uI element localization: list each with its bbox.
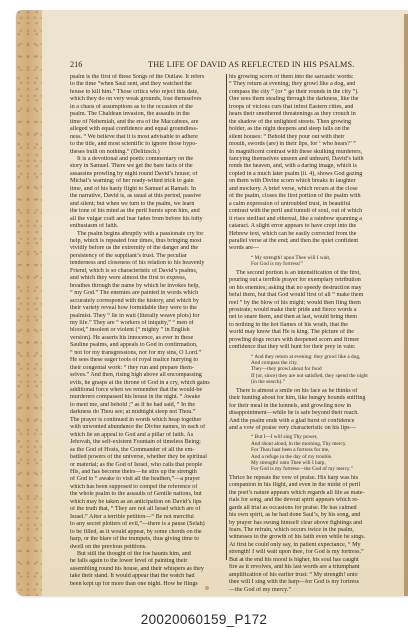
text-line: for their meal in the kennels, and growl…	[229, 403, 408, 410]
text-line: companion in his flight, and even in the…	[229, 482, 408, 489]
text-line: Jehovah, the self-existent Fountain of t…	[70, 439, 227, 446]
text-line: and mockery. A brief verse, which recurs…	[229, 186, 408, 193]
text-line: troops of vicious curs that infest Easte…	[229, 104, 408, 111]
text-line: prowling dogs recurs with deepened scorn…	[229, 337, 408, 344]
text-line: help, which is repeated four times, thus…	[70, 238, 227, 245]
text-line: psalm. The Chaldean invasion, the assaul…	[70, 111, 227, 118]
running-title: THE LIFE OF DAVID AS REFLECTED IN HIS PS…	[148, 60, 355, 69]
text-line: darkness do Thou see; at midnight sleep …	[70, 409, 227, 416]
text-line: on them with Divine scorn which breaks i…	[229, 178, 408, 185]
page-gutter-edge	[16, 10, 42, 596]
text-line: all the vulgar craft and fear fades from…	[70, 216, 227, 223]
text-line: he falls again to the lower level of pai…	[70, 558, 227, 565]
text-line: bolder, as the night deepens and sleep f…	[229, 126, 408, 133]
text-line: pouring out a terrible prayer for exempl…	[229, 277, 408, 284]
text-line: persistency of the suppliant’s trust. Th…	[70, 253, 227, 260]
text-line: of God to “ awake to visit all the heath…	[70, 476, 227, 483]
text-line: copied in a much later psalm (ii. 4), sh…	[229, 171, 408, 178]
text-line: the shadow of the unlighted streets. The…	[229, 119, 408, 126]
text-line: He sees these eager tools of royal malic…	[70, 357, 227, 364]
text-line: of the psalm, closes the first portion o…	[229, 193, 408, 200]
text-line: fancying themselves unseen and unheard, …	[229, 156, 408, 163]
text-line: version). He asserts his innocence, as e…	[70, 335, 227, 342]
text-line: —the God of my mercy.”	[229, 587, 408, 594]
text-line: blood,” insolent or violent (“ mighty ” …	[70, 327, 227, 334]
text-line: And the psalm ends with a glad burst of …	[229, 418, 408, 425]
text-line: selves.” And then, rising high above all…	[70, 372, 227, 379]
text-line: assembling round his house, and their wh…	[70, 566, 227, 573]
text-line: “ not for my transgressions, nor for my …	[70, 350, 227, 357]
text-line: witnesses to the growth of his faith eve…	[229, 534, 408, 541]
column-divider	[226, 74, 227, 560]
text-line: and a vow of praise very characteristic …	[229, 425, 408, 432]
text-line: fears. The refrain, which occurs twice i…	[229, 527, 408, 534]
text-line: words are—	[229, 245, 408, 252]
text-line: to any secret plotters of evil,”—there i…	[70, 521, 227, 528]
text-line: His, and has become theirs—he stirs up t…	[70, 469, 227, 476]
text-line: story in Samuel. There we get the bare f…	[70, 163, 227, 170]
text-line: with unwonted abundance the Divine names…	[70, 424, 227, 431]
text-line: which has been supposed to compel the re…	[70, 484, 227, 491]
text-line: Friend, which is so characteristic of Da…	[70, 268, 227, 275]
text-line: alleged with equal confidence and equal …	[70, 126, 227, 133]
text-line: But at the end his mood is higher, his s…	[229, 557, 408, 564]
text-line: psalmist. They “ lie in wait (literally …	[70, 313, 227, 320]
text-line: or material; as the God of Israel, who c…	[70, 462, 227, 469]
text-line: prostrate; would make their pride and fi…	[229, 307, 408, 314]
text-line: amplification of his earlier trust: “ My…	[229, 572, 408, 579]
text-line: There is almost a smile on his face as h…	[229, 388, 408, 395]
text-line: dwell on the previous petitions.	[70, 544, 227, 551]
text-line: my life.” They are “ workers of iniquity…	[70, 320, 227, 327]
text-line: by prayer has swung himself clear above …	[229, 520, 408, 527]
text-line: as the God of Hosts, the Commander of al…	[70, 447, 227, 454]
text-line: breathes through the name by which he in…	[70, 283, 227, 290]
text-line: Michal’s warning; of her ready-witted tr…	[70, 178, 227, 185]
text-line: his own spirit, as he had done Saul’s, b…	[229, 512, 408, 519]
text-line: gards all trial as occasions for praise.…	[229, 505, 408, 512]
text-line: to be filled, as it would appear, by som…	[70, 529, 227, 536]
page-header: 216 THE LIFE OF DAVID AS REFLECTED IN HI…	[70, 60, 400, 72]
text-line: additional force when we remember that t…	[70, 387, 227, 394]
text-line: and silent; but when we turn to the psal…	[70, 201, 227, 208]
text-line: which lie an appeal to God and a pillar …	[70, 432, 227, 439]
text-line: house to kill him.” Those critics who re…	[70, 89, 227, 96]
text-line: confidence that they will hunt for their…	[229, 344, 408, 351]
text-line: enthusiasm of faith.	[70, 223, 227, 230]
text-line: Thrice he repeats the vow of praise. His…	[229, 475, 408, 482]
text-line: It is a devotional and poetic commentary…	[70, 156, 227, 163]
text-line: the narrative, David is, as usual at thi…	[70, 193, 227, 200]
text-line: the poet’s nature appears which regards …	[229, 490, 408, 497]
text-line: thee will I sing with the harp—for God i…	[229, 579, 408, 586]
page-number: 216	[70, 60, 82, 69]
text-line: to the title, and most scientific to ign…	[70, 141, 227, 148]
text-line: the whole psalm to the assaults of Genti…	[70, 491, 227, 498]
text-line: Sauline psalms, and appeals to God in co…	[70, 342, 227, 349]
text-line: take their stand. It would appear that t…	[70, 573, 227, 580]
text-line: Hebrew text, which can be easily correct…	[229, 231, 408, 238]
text-line: on his enemies; asking that no speedy de…	[229, 285, 408, 292]
text-line: in a chaos of assumptions as to the occa…	[70, 104, 227, 111]
text-line: vividly before us the extremity of the d…	[70, 245, 227, 252]
right-text-column: his growing scorn of them into the sarca…	[229, 74, 408, 594]
text-line: to nothing in the hot flames of his wrat…	[229, 322, 408, 329]
text-line: battled powers of the universe, whether …	[70, 454, 227, 461]
text-line: contrast with the peril and tumult of so…	[229, 208, 408, 215]
text-line: rials for song, and the devout spirit ap…	[229, 497, 408, 504]
text-line: The prayer is continued in words which h…	[70, 417, 227, 424]
text-line: befal them, but that God would first of …	[229, 292, 408, 299]
text-line: accurately correspond with the history, …	[70, 298, 227, 305]
text-line: strength! I will wait upon thee, for God…	[229, 549, 408, 556]
text-line: world may know that He is king. The pict…	[229, 329, 408, 336]
text-line: time, and of his hasty flight to Samuel …	[70, 186, 227, 193]
text-line: mouth, swords (are) in their lips, for ‘…	[229, 141, 408, 148]
text-line: their hunting about for him, like hungry…	[229, 395, 408, 402]
text-line: “ my God.” The enemies are painted in wo…	[70, 290, 227, 297]
text-line: of the truth that, “ They are not all Is…	[70, 506, 227, 513]
text-line: But still the thought of the foe haunts …	[70, 551, 227, 558]
text-line: their congenial work: “ they run and pre…	[70, 365, 227, 372]
text-line: his growing scorn of them into the sarca…	[229, 74, 408, 81]
text-line: time of Nehemiah, and the era of the Mac…	[70, 119, 227, 126]
text-line: it rises stedfast and ethereal, like a r…	[229, 216, 408, 223]
text-line: which may be taken as an anticipation on…	[70, 499, 227, 506]
text-line: disappointment—while he is safe beyond t…	[229, 410, 408, 417]
text-line: murderers compassed his house in the nig…	[70, 394, 227, 401]
text-line: rends the heaven, and, with a daring ima…	[229, 163, 408, 170]
text-line: One sees them stealing through the darkn…	[229, 96, 408, 103]
text-line: parallel verse at the end; and then the …	[229, 238, 408, 245]
text-line: hears their smothered threatenings as th…	[229, 111, 408, 118]
text-line: theses built on nothing.” (Delitzsch.)	[70, 149, 227, 156]
text-line: to the time “when Saul sent, and they wa…	[70, 81, 227, 88]
image-caption: 20020060159_P172	[0, 612, 408, 627]
text-line: reel ” by the blow of his might; would t…	[229, 300, 408, 307]
text-line: which they do on very weak grounds, lose…	[70, 96, 227, 103]
text-line: cataract. A slight error appears to have…	[229, 223, 408, 230]
text-line: Israel.” After a terrible petition—“ Be …	[70, 514, 227, 521]
text-line: In magnificent contrast with these skulk…	[229, 149, 408, 156]
text-line: tenderness and closeness of his relation…	[70, 260, 227, 267]
text-line: compass the city ” (or “ go their rounds…	[229, 89, 408, 96]
text-line: and which they were almost the first to …	[70, 275, 227, 282]
text-line: harp, or the blare of the trumpets, thus…	[70, 536, 227, 543]
left-text-column: psalm is the first of these Songs of the…	[70, 74, 227, 588]
text-line: At first he could only say, in patient e…	[229, 542, 408, 549]
text-line: The second portion is an intensification…	[229, 270, 408, 277]
book-page: 216 THE LIFE OF DAVID AS REFLECTED IN HI…	[16, 10, 408, 596]
text-line: their variety reveal how formidable they…	[70, 305, 227, 312]
text-line: the tone of his mind as the peril bursts…	[70, 208, 227, 215]
text-line: fire as it revolves, and his last words …	[229, 564, 408, 571]
text-line: The psalm begins abruptly with a passion…	[70, 231, 227, 238]
text-line: net to snare them, and then at last, wou…	[229, 314, 408, 321]
text-line: evils, he grasps at the throne of God in…	[70, 380, 227, 387]
text-line: psalm is the first of these Songs of the…	[70, 74, 227, 81]
text-line: been kept up for more than one night. Ho…	[70, 581, 227, 588]
text-line: ness. “ We believe that it is most advis…	[70, 134, 227, 141]
text-line: silent houses: “ Behold they pour out wi…	[229, 134, 408, 141]
text-line: assassins prowling by night round David’…	[70, 171, 227, 178]
text-line: to meet me, and behold ;” as if he had s…	[70, 402, 227, 409]
text-line: “ They return at evening; they growl lik…	[229, 81, 408, 88]
text-line: a calm expression of untroubled trust, i…	[229, 201, 408, 208]
